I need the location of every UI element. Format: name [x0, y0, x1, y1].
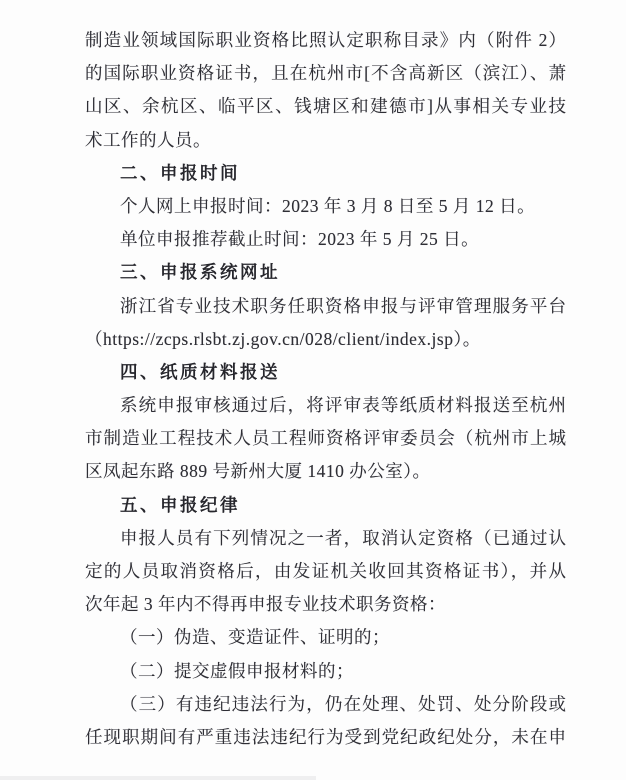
section-heading-5: 五、申报纪律: [85, 489, 566, 522]
list-item-1: （一）伪造、变造证件、证明的；: [85, 621, 566, 654]
text-line: 任现职期间有严重违法违纪行为受到党纪政纪处分，未在申: [85, 721, 566, 754]
scan-artifact-bottom-strip: [0, 776, 316, 780]
list-item-2: （二）提交虚假申报材料的；: [85, 655, 566, 688]
text-line: 山区、余杭区、临平区、钱塘区和建德市]从事相关专业技: [85, 90, 566, 123]
text-line-address: 区凤起东路 889 号新州大厦 1410 办公室）。: [85, 455, 566, 488]
document-page: 制造业领域国际职业资格比照认定职称目录》内（附件 2） 的国际职业资格证书，且在…: [0, 0, 626, 780]
text-line-system-url: （https://zcps.rlsbt.zj.gov.cn/028/client…: [85, 323, 566, 356]
text-line-personal-deadline: 个人网上申报时间：2023 年 3 月 8 日至 5 月 12 日。: [85, 190, 566, 223]
text-line: 浙江省专业技术职务任职资格申报与评审管理服务平台: [85, 290, 566, 323]
text-line: 市制造业工程技术人员工程师资格评审委员会（杭州市上城: [85, 422, 566, 455]
text-line-unit-deadline: 单位申报推荐截止时间：2023 年 5 月 25 日。: [85, 223, 566, 256]
text-line: 系统申报审核通过后，将评审表等纸质材料报送至杭州: [85, 389, 566, 422]
section-heading-4: 四、纸质材料报送: [85, 356, 566, 389]
text-line: 的国际职业资格证书，且在杭州市[不含高新区（滨江）、萧: [85, 57, 566, 90]
section-heading-2: 二、申报时间: [85, 157, 566, 190]
text-line: 申报人员有下列情况之一者，取消认定资格（已通过认: [85, 522, 566, 555]
text-line: 定的人员取消资格后，由发证机关收回其资格证书），并从: [85, 555, 566, 588]
text-line: 术工作的人员。: [85, 124, 566, 157]
text-line: 次年起 3 年内不得再申报专业技术职务资格：: [85, 588, 566, 621]
document-text-block: 制造业领域国际职业资格比照认定职称目录》内（附件 2） 的国际职业资格证书，且在…: [85, 24, 566, 754]
list-item-3: （三）有违纪违法行为，仍在处理、处罚、处分阶段或: [85, 688, 566, 721]
text-line: 制造业领域国际职业资格比照认定职称目录》内（附件 2）: [85, 24, 566, 57]
section-heading-3: 三、申报系统网址: [85, 256, 566, 289]
